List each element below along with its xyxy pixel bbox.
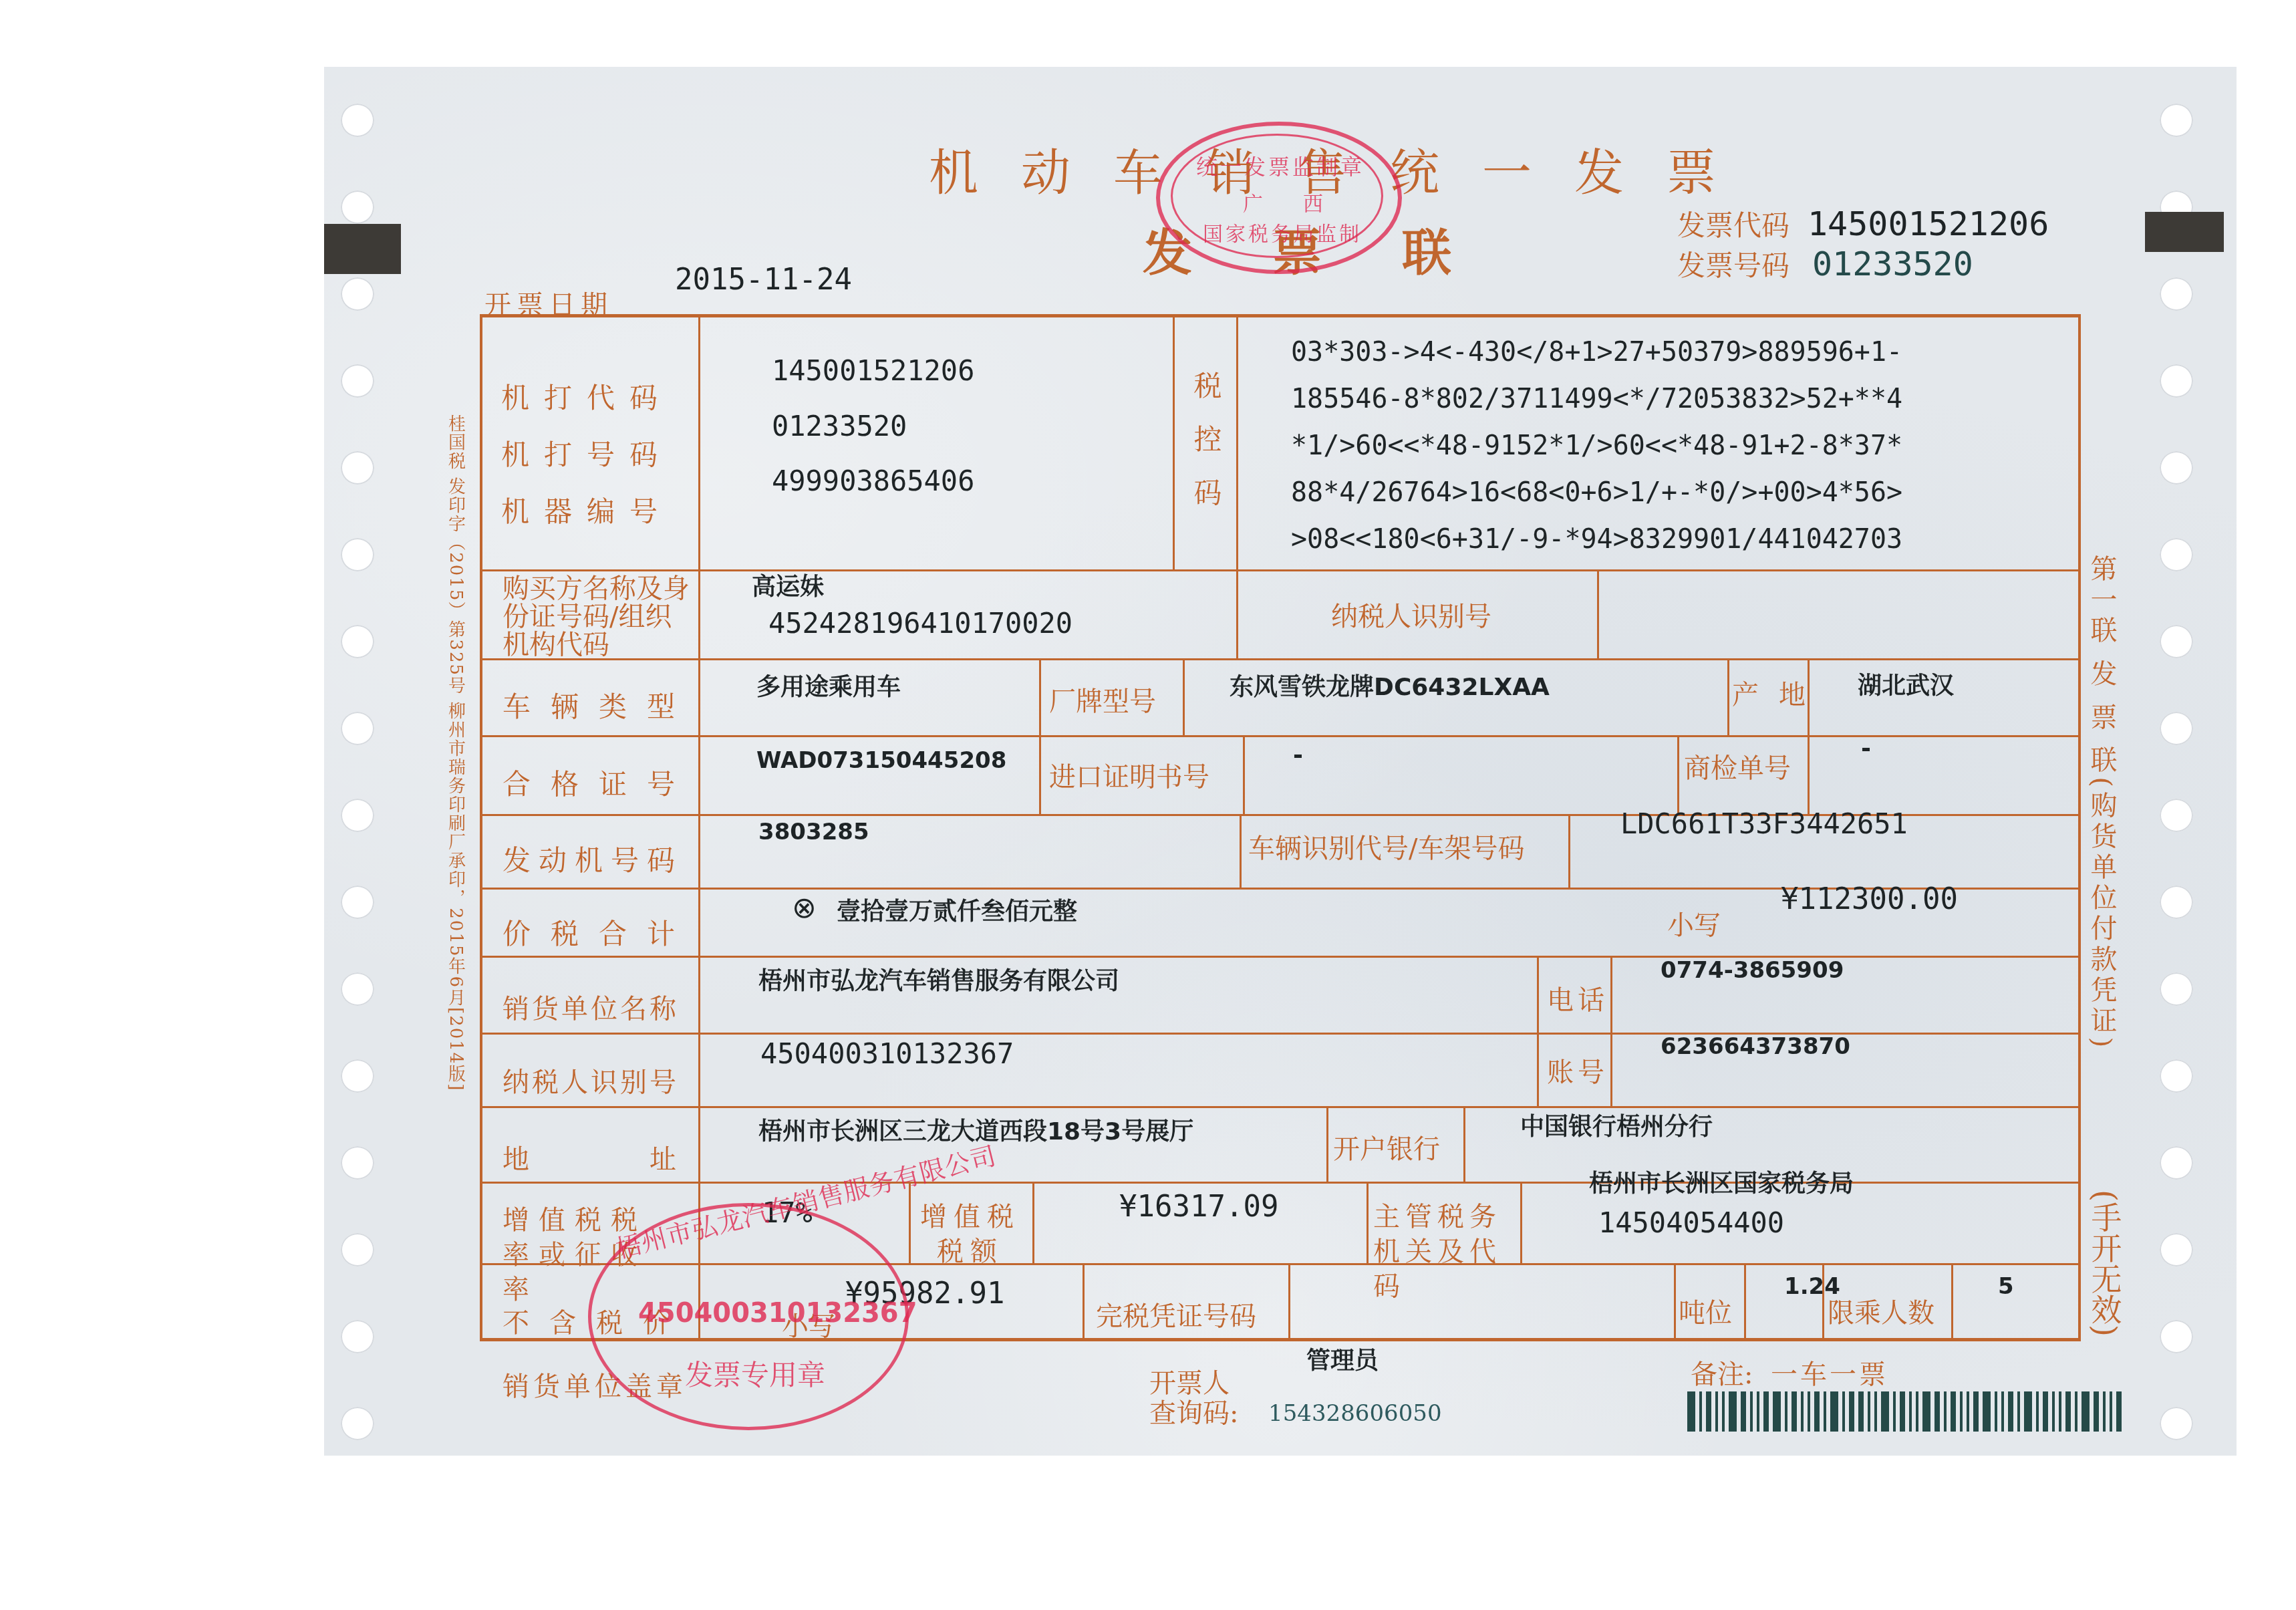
total-uppercase: 壹拾壹万贰仟叁佰元整	[837, 893, 1077, 927]
table-border-right	[2078, 314, 2081, 1341]
tax-control-line: >08<<180<6+31/-9-*94>8329901/441042703	[1291, 516, 1902, 563]
col-sep	[1032, 1182, 1034, 1263]
buyer-id-number: 452428196410170020	[768, 607, 1072, 640]
certificate-number: WAD073150445208	[756, 747, 1006, 774]
col-sep	[698, 314, 700, 1340]
feed-hole	[2160, 104, 2193, 137]
col-sep	[1727, 658, 1729, 735]
printing-permit-text: 桂国税 发印字（2015）第325号 柳州市瑞务印刷厂承印，2015年6月[20…	[444, 414, 466, 1092]
feed-hole	[341, 538, 374, 571]
feed-hole	[341, 1059, 374, 1093]
invoice-code-label: 发票代码	[1677, 209, 1789, 244]
feed-hole	[341, 625, 374, 658]
total-lowercase-label: 小写	[1667, 909, 1721, 942]
vehicle-type: 多用途乘用车	[756, 668, 901, 702]
supervision-stamp-middle: 广西	[1243, 187, 1363, 217]
feed-hole	[2160, 277, 2193, 311]
brand-model: 东风雪铁龙牌DC6432LXAA	[1230, 668, 1550, 702]
col-sep	[1610, 956, 1612, 1106]
col-sep	[1674, 1263, 1676, 1340]
buyer-label: 购买方名称及身份证号码/组织机构代码	[503, 575, 690, 659]
remark: 一车一票	[1771, 1358, 1888, 1391]
tonnage: 1.24	[1784, 1273, 1840, 1300]
issuer-name: 管理员	[1306, 1342, 1379, 1376]
col-sep	[1677, 735, 1679, 814]
supervision-stamp-bottom: 国家税务局监制	[1203, 217, 1362, 247]
invoice-number: 01233520	[1812, 245, 1973, 283]
tax-control-line: 88*4/26764>16<68<0+6>1/+-*0/>+00>4*56>	[1291, 469, 1902, 516]
inspection-number: -	[1861, 735, 1871, 763]
col-sep	[1083, 1263, 1085, 1340]
machine-serial: 499903865406	[772, 464, 974, 497]
tax-authority-code: 14504054400	[1598, 1206, 1784, 1239]
col-sep	[1173, 314, 1175, 569]
vin: LDC661T33F3442651	[1620, 807, 1908, 840]
certificate-label: 合格证号	[503, 767, 695, 803]
feed-hole	[341, 364, 374, 398]
invoice-code: 145001521206	[1808, 205, 2049, 243]
feed-hole	[2160, 799, 2193, 832]
tax-authority-name: 梧州市长洲区国家税务局	[1589, 1165, 1854, 1199]
col-sep	[1326, 1106, 1328, 1182]
table-border-top	[480, 314, 2081, 317]
seller-taxpayer-id-label: 纳税人识别号	[503, 1066, 679, 1099]
total-lowercase: ¥112300.00	[1781, 882, 1958, 916]
seller-address-label: 地址	[503, 1143, 797, 1176]
feed-hole	[2160, 1233, 2193, 1266]
tax-control-line: 185546-8*802/3711499<*/72053832>52+**4	[1291, 376, 1902, 422]
invoice-number-label: 发票号码	[1677, 249, 1789, 284]
seats: 5	[1998, 1273, 2014, 1300]
row-sep	[480, 569, 2081, 571]
query-code: 154328606050	[1268, 1400, 1442, 1427]
col-sep	[1183, 658, 1185, 735]
seller-phone-label: 电话	[1547, 984, 1608, 1017]
alignment-mark-right	[2145, 212, 2224, 252]
query-code-label: 查询码:	[1149, 1397, 1238, 1430]
col-sep	[1597, 569, 1599, 658]
feed-hole	[341, 886, 374, 919]
seller-account: 623664373870	[1661, 1033, 1850, 1060]
feed-hole	[341, 1407, 374, 1440]
inspection-label: 商检单号	[1684, 752, 1791, 785]
feed-hole	[2160, 538, 2193, 571]
feed-hole	[2160, 972, 2193, 1006]
buyer-taxpayer-id-label: 纳税人识别号	[1331, 600, 1491, 634]
feed-hole	[2160, 1059, 2193, 1093]
feed-hole	[341, 972, 374, 1006]
tonnage-label: 吨位	[1679, 1297, 1732, 1330]
seller-taxpayer-id: 450400310132367	[760, 1037, 1014, 1070]
import-cert-label: 进口证明书号	[1049, 761, 1209, 794]
import-cert-number: -	[1293, 742, 1303, 769]
buyer-name: 高运妹	[752, 568, 824, 602]
col-sep	[1236, 314, 1238, 569]
col-sep	[1243, 735, 1245, 814]
origin-label: 产地	[1732, 678, 1826, 712]
vin-label: 车辆识别代号/车架号码	[1248, 832, 1524, 865]
col-sep	[1367, 1182, 1369, 1263]
remark-label: 备注:	[1691, 1358, 1753, 1391]
col-sep	[909, 1182, 911, 1263]
machine-serial-label: 机器编号	[501, 495, 672, 530]
row-sep	[480, 735, 2081, 737]
feed-hole	[2160, 451, 2193, 485]
tax-control-line: 03*303->4<-430</8+1>27+50379>889596+1-	[1291, 329, 1902, 376]
vehicle-type-label: 车辆类型	[503, 690, 695, 725]
seller-stamp-purpose: 发票专用章	[685, 1353, 825, 1393]
feed-hole	[2160, 625, 2193, 658]
col-sep	[1520, 1182, 1522, 1263]
feed-hole	[341, 190, 374, 224]
seller-account-label: 账号	[1547, 1056, 1608, 1089]
tax-control-line: *1/>60<<*48-9152*1/>60<<*48-91+2-8*37*	[1291, 422, 1902, 469]
row-sep	[480, 658, 2081, 660]
machine-code-label: 机打代码	[501, 381, 672, 416]
col-sep	[1744, 1263, 1746, 1340]
seller-bank: 中国银行梧州分行	[1520, 1108, 1713, 1142]
brand-model-label: 厂牌型号	[1049, 685, 1156, 718]
feed-hole	[2160, 1320, 2193, 1353]
seller-name-label: 销货单位名称	[503, 992, 679, 1026]
col-sep	[1039, 735, 1041, 814]
engine-number: 3803285	[758, 819, 869, 845]
issue-date: 2015-11-24	[675, 263, 852, 297]
col-sep	[1463, 1106, 1465, 1182]
tax-amount: ¥16317.09	[1119, 1190, 1278, 1224]
col-sep	[1568, 814, 1570, 888]
feed-hole	[341, 277, 374, 311]
engine-label: 发动机号码	[503, 843, 683, 879]
feed-hole	[341, 1146, 374, 1180]
issuer-label: 开票人	[1149, 1367, 1230, 1400]
alignment-mark-left	[324, 224, 401, 274]
col-sep	[1951, 1263, 1953, 1340]
seller-name: 梧州市弘龙汽车销售服务有限公司	[758, 962, 1119, 996]
seller-phone: 0774-3865909	[1661, 957, 1844, 984]
machine-number-label: 机打号码	[501, 438, 672, 473]
tax-control-code: 03*303->4<-430</8+1>27+50379>889596+1-18…	[1291, 329, 1902, 563]
table-border-left	[480, 314, 482, 1341]
feed-hole	[2160, 364, 2193, 398]
tax-control-label: 税控码	[1188, 371, 1224, 531]
col-sep	[1039, 658, 1041, 735]
feed-hole	[341, 1320, 374, 1353]
tax-authority-label: 主管税务机关及代码	[1373, 1200, 1520, 1304]
row-sep	[480, 1106, 2081, 1108]
machine-code: 145001521206	[772, 354, 974, 387]
feed-hole	[341, 104, 374, 137]
barcode	[1687, 1391, 2126, 1432]
feed-hole	[341, 1233, 374, 1266]
origin: 湖北武汉	[1858, 667, 1954, 701]
col-sep	[1288, 1263, 1290, 1340]
seller-bank-label: 开户银行	[1333, 1133, 1440, 1166]
col-sep	[1808, 735, 1810, 814]
seats-label: 限乘人数	[1828, 1297, 1934, 1330]
col-sep	[1236, 569, 1238, 658]
feed-hole	[2160, 1407, 2193, 1440]
feed-hole	[2160, 712, 2193, 745]
feed-hole	[341, 712, 374, 745]
seller-stamp-taxpayer-id: 450400310132367	[638, 1298, 917, 1329]
total-uppercase-symbol: ⊗	[792, 891, 817, 925]
feed-hole	[2160, 1146, 2193, 1180]
machine-number: 01233520	[772, 410, 907, 442]
copy-designation-text: 第一联 发 票 联(购货单位付款凭证)	[2085, 555, 2118, 1051]
feed-hole	[341, 451, 374, 485]
duty-paid-label: 完税凭证号码	[1096, 1300, 1256, 1333]
handwritten-invalid-note: (手开无效)	[2085, 1190, 2124, 1337]
supervision-stamp-top: 统一发票监制章	[1196, 150, 1365, 181]
feed-hole	[341, 799, 374, 832]
col-sep	[1537, 956, 1539, 1106]
col-sep	[1240, 814, 1242, 888]
feed-hole	[2160, 886, 2193, 919]
total-label: 价税合计	[503, 917, 695, 952]
tax-amount-label: 增值税税额	[917, 1200, 1024, 1269]
